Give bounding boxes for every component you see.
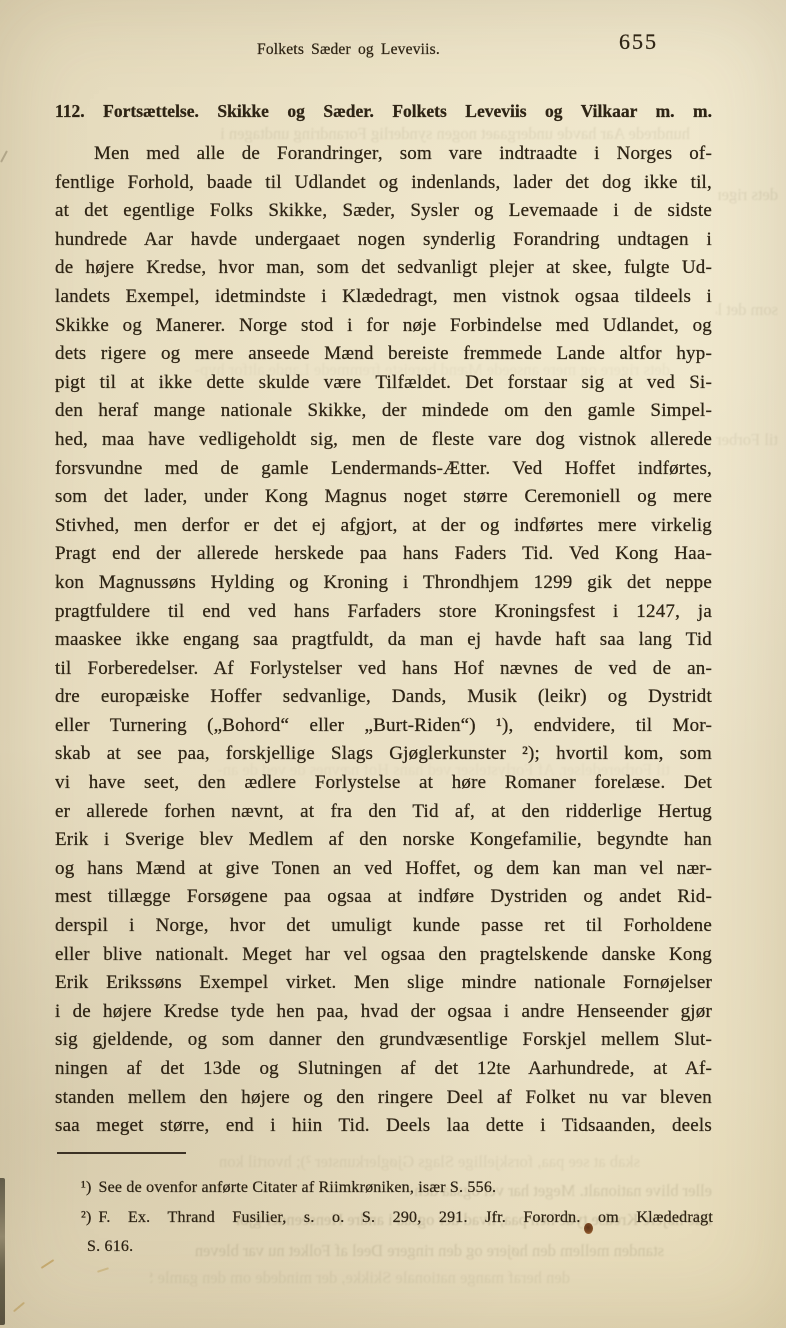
- footnote-text: F. Ex. Thrand Fusilier, s. o. S. 290, 29…: [99, 1209, 713, 1226]
- pen-mark: [41, 1259, 55, 1269]
- body-line: saa meget større, end i hiin Tid. Deels …: [55, 1112, 712, 1141]
- body-line: landets Exempel, idetmindste i Klædedrag…: [55, 283, 712, 312]
- body-line: mest tillægge Forsøgene paa ogsaa at ind…: [55, 883, 712, 912]
- body-line: standen mellem den højere og den ringere…: [55, 1084, 712, 1113]
- footnote-line: ¹)See de ovenfor anførte Citater af Riim…: [81, 1173, 713, 1203]
- body-line: Men med alle de Forandringer, som vare i…: [55, 140, 712, 169]
- footnotes: ¹)See de ovenfor anførte Citater af Riim…: [81, 1173, 713, 1262]
- footnote-marker: ¹): [81, 1179, 92, 1196]
- body-line: den heraf mange nationale Skikke, der mi…: [55, 397, 712, 426]
- body-line: Pragt end der allerede herskede paa hans…: [55, 540, 712, 569]
- body-line: eller blive nationalt. Meget har vel ogs…: [55, 941, 712, 970]
- body-line: kon Magnussøns Hylding og Kroning i Thro…: [55, 569, 712, 598]
- body-line: skab at see paa, forskjellige Slags Gjøg…: [55, 740, 712, 769]
- body-line: at det egentlige Folks Skikke, Sæder, Sy…: [55, 197, 712, 226]
- footnote-text: See de ovenfor anførte Citater af Riimkr…: [99, 1179, 497, 1196]
- body-line: sig gjeldende, og som danner den grundvæ…: [55, 1026, 712, 1055]
- body-line: ningen af det 13de og Slutningen af det …: [55, 1055, 712, 1084]
- bleedthrough-text: til Forberedelser. Af Forlystelser ved h…: [716, 430, 778, 450]
- body-text: Men med alle de Forandringer, som vare i…: [55, 140, 712, 1141]
- body-line: som det lader, under Kong Magnus noget s…: [55, 483, 712, 512]
- body-line: til Forberedelser. Af Forlystelser ved h…: [55, 655, 712, 684]
- footnote-rule: [57, 1152, 186, 1154]
- body-line: forsvundne med de gamle Lendermands-Ætte…: [55, 455, 712, 484]
- footnote-text: S. 616.: [87, 1238, 133, 1255]
- body-line: pigt til at ikke dette skulde være Tilfæ…: [55, 369, 712, 398]
- body-line: Erik Erikssøns Exempel virket. Men slige…: [55, 969, 712, 998]
- footnote-marker: ²): [81, 1209, 92, 1226]
- body-line: Stivhed, men derfor er det ej afgjort, a…: [55, 512, 712, 541]
- section-heading: 112. Fortsættelse. Skikke og Sæder. Folk…: [55, 98, 712, 124]
- book-page-scan: hundrede Aar havde undergaaet nogen synd…: [0, 0, 786, 1328]
- body-line: er allerede forhen nævnt, at fra den Tid…: [55, 798, 712, 827]
- body-line: eller Turnering („Bohord“ eller „Burt-Ri…: [55, 712, 712, 741]
- binding-edge: [0, 1178, 5, 1325]
- bleedthrough-text: dets rigere og mere anseede Mænd bereist…: [718, 185, 778, 205]
- body-line: dets rigere og mere anseede Mænd bereist…: [55, 340, 712, 369]
- footnote-line: S. 616.: [81, 1232, 713, 1262]
- body-line: Erik i Sverige blev Medlem af den norske…: [55, 826, 712, 855]
- body-line: derspil i Norge, hvor det umuligt kunde …: [55, 912, 712, 941]
- body-line: fentlige Forhold, baade til Udlandet og …: [55, 169, 712, 198]
- body-line: pragtfuldere til end ved hans Farfaders …: [55, 598, 712, 627]
- margin-mark: [0, 150, 8, 162]
- body-line: og hans Mænd at give Tonen an ved Hoffet…: [55, 855, 712, 884]
- pen-mark: [13, 1302, 25, 1313]
- pen-mark: [97, 1267, 109, 1273]
- body-line: hed, maa have vedligeholdt sig, men de f…: [55, 426, 712, 455]
- body-line: hundrede Aar havde undergaaet nogen synd…: [55, 226, 712, 255]
- body-line: dre europæiske Hoffer sedvanlige, Dands,…: [55, 683, 712, 712]
- body-line: Skikke og Manerer. Norge stod i for nøje…: [55, 312, 712, 341]
- bleedthrough-text: som det lader, under Kong Magnus noget s…: [716, 300, 778, 320]
- bleedthrough-text: den heraf mange nationale Skikke, der mi…: [150, 1268, 570, 1288]
- bleedthrough-text: skab at see paa, forskjellige Slags Gjøg…: [220, 1152, 640, 1172]
- page-number: 655: [619, 29, 658, 55]
- footnote-line: ²)F. Ex. Thrand Fusilier, s. o. S. 290, …: [81, 1203, 713, 1233]
- body-line: maaskee ikke engang saa pragtfuldt, da m…: [55, 626, 712, 655]
- body-line: de højere Kredse, hvor man, som det sedv…: [55, 254, 712, 283]
- body-line: i de højere Kredse tyde hen paa, hvad de…: [55, 998, 712, 1027]
- body-line: vi have seet, den ædlere Forlystelse at …: [55, 769, 712, 798]
- running-title: Folkets Sæder og Leveviis.: [257, 41, 440, 59]
